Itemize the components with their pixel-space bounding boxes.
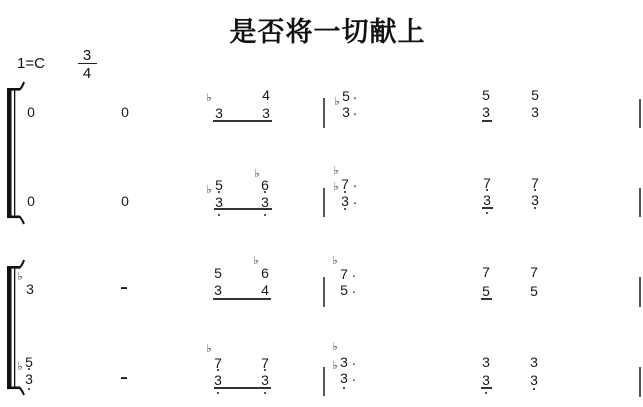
barline — [639, 99, 641, 128]
low-octave-dot — [485, 392, 487, 394]
low-octave-dot — [533, 388, 535, 390]
augmentation-dot: . — [351, 353, 357, 367]
low-octave-dot — [343, 387, 345, 389]
extension-dash: - — [112, 371, 136, 385]
note-digit: 3 — [211, 106, 227, 120]
note-digit: 3 — [336, 371, 352, 385]
note-digit: 7 — [336, 267, 352, 281]
flat-icon: ♭ — [332, 181, 340, 193]
low-octave-dot — [344, 208, 346, 210]
note-digit: 7 — [479, 176, 495, 190]
note-digit: 0 — [23, 194, 39, 208]
barline — [639, 188, 641, 217]
augmentation-dot: . — [351, 281, 357, 295]
note-digit: 3 — [478, 355, 494, 369]
note-digit: 3 — [527, 193, 543, 207]
augmentation-dot: . — [351, 265, 357, 279]
note-digit: 3 — [21, 372, 37, 386]
flat-icon: ♭ — [331, 255, 339, 267]
time-signature-numerator: 3 — [77, 48, 97, 64]
flat-icon: ♭ — [332, 165, 340, 177]
barline — [639, 277, 641, 307]
low-octave-dot — [264, 214, 266, 216]
eighth-beam — [482, 207, 493, 209]
note-digit: 3 — [257, 195, 273, 209]
eighth-beam — [214, 208, 272, 210]
low-octave-dot — [486, 212, 488, 214]
note-digit: 7 — [527, 176, 543, 190]
note-digit: 5 — [211, 178, 227, 192]
eighth-beam — [481, 298, 492, 300]
note-digit: 3 — [211, 195, 227, 209]
song-title: 是否将一切献上 — [6, 17, 643, 49]
note-digit: 3 — [210, 283, 226, 297]
low-octave-dot — [218, 214, 220, 216]
low-octave-dot — [264, 392, 266, 394]
note-digit: 3 — [526, 373, 542, 387]
note-digit: 3 — [258, 106, 274, 120]
augmentation-dot: . — [352, 192, 358, 206]
note-digit: 3 — [337, 194, 353, 208]
eighth-beam — [214, 387, 271, 389]
barline — [639, 367, 641, 397]
eighth-beam — [213, 298, 271, 300]
low-octave-dot — [217, 392, 219, 394]
note-digit: 0 — [117, 105, 133, 119]
note-digit: 3 — [527, 105, 543, 119]
barline — [323, 277, 325, 307]
flat-icon: ♭ — [331, 341, 339, 353]
flat-icon: ♭ — [205, 343, 213, 355]
extension-dash: - — [112, 281, 136, 295]
note-digit: 5 — [336, 283, 352, 297]
score-page: 是否将一切献上 1=C 3 4 0 0 ♭ 3 4 3 5 . ♭ 3 . 5 … — [0, 0, 643, 407]
note-digit: 7 — [526, 265, 542, 279]
barline — [323, 367, 325, 396]
flat-icon: ♭ — [205, 92, 213, 104]
low-octave-dot — [534, 207, 536, 209]
augmentation-dot: . — [352, 87, 358, 101]
note-digit: 0 — [117, 194, 133, 208]
note-digit: 5 — [478, 88, 494, 102]
note-digit: 3 — [478, 105, 494, 119]
barline — [323, 98, 325, 128]
note-digit: 5 — [527, 88, 543, 102]
note-digit: 4 — [258, 88, 274, 102]
note-digit: 5 — [210, 266, 226, 280]
note-digit: 3 — [257, 373, 273, 387]
note-digit: 6 — [257, 266, 273, 280]
note-digit: 7 — [478, 265, 494, 279]
note-digit: 3 — [478, 373, 494, 387]
note-digit: 3 — [22, 282, 38, 296]
note-digit: 4 — [257, 283, 273, 297]
note-digit: 5 — [478, 284, 494, 298]
note-digit: 7 — [210, 356, 226, 370]
augmentation-dot: . — [352, 103, 358, 117]
note-digit: 3 — [526, 355, 542, 369]
note-digit: 3 — [210, 373, 226, 387]
note-digit: 7 — [257, 356, 273, 370]
eighth-beam — [482, 120, 492, 122]
barline — [323, 188, 325, 217]
note-digit: 3 — [479, 193, 495, 207]
eighth-beam — [213, 120, 272, 122]
note-digit: 5 — [526, 284, 542, 298]
time-signature-denominator: 4 — [77, 66, 97, 82]
note-digit: 0 — [23, 105, 39, 119]
augmentation-dot: . — [352, 175, 358, 189]
note-digit: 6 — [257, 178, 273, 192]
augmentation-dot: . — [351, 369, 357, 383]
eighth-beam — [481, 387, 492, 389]
